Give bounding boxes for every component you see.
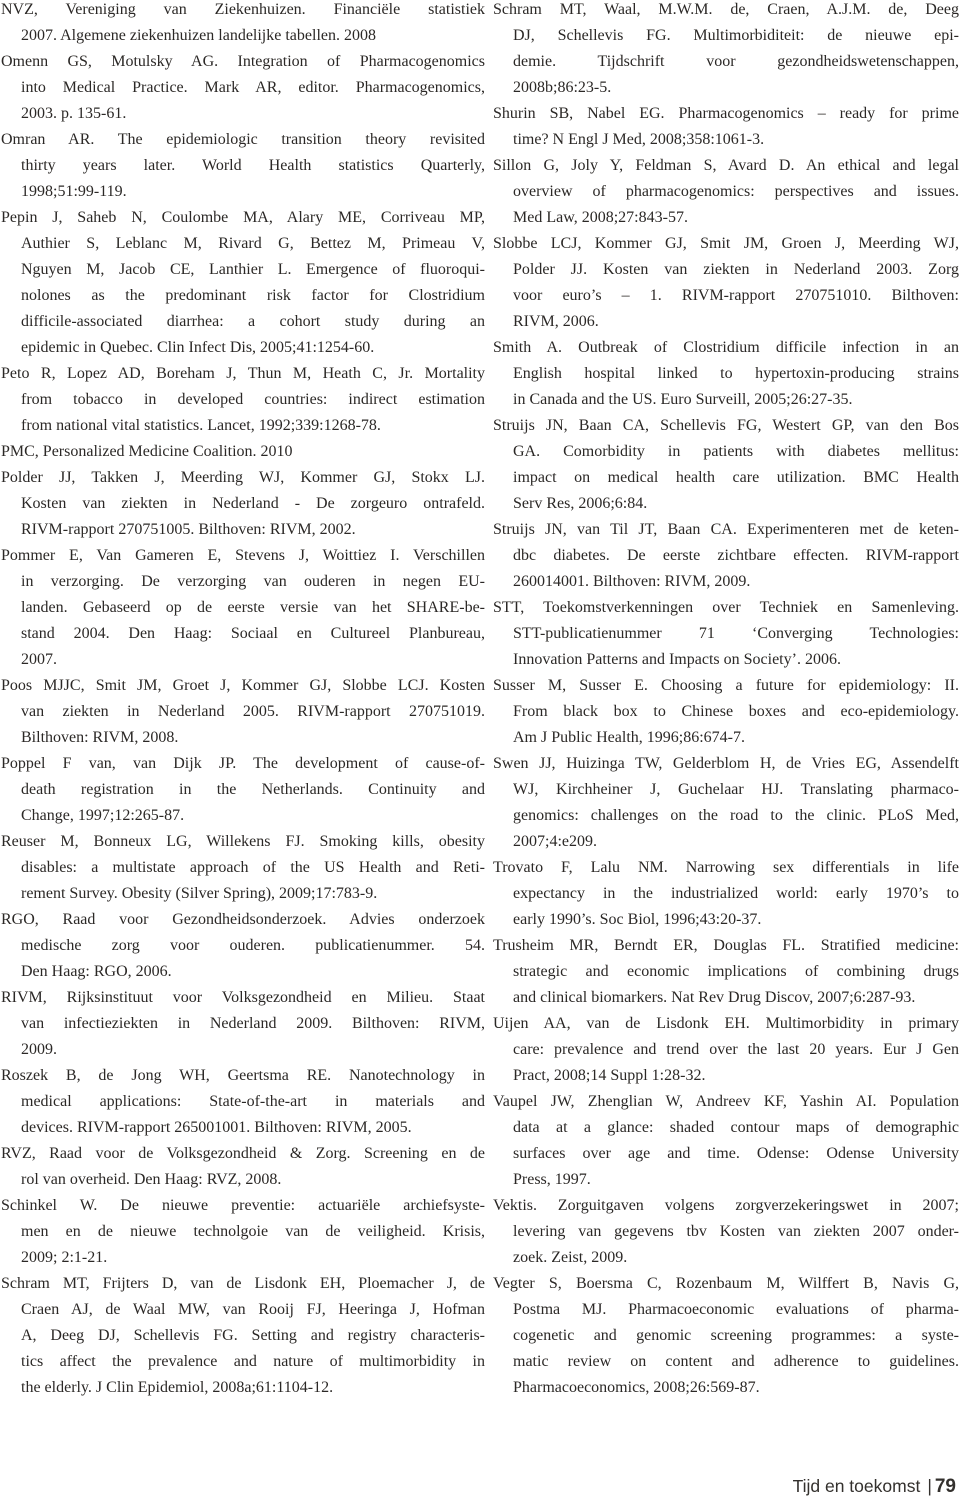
reference-line: Shurin SB, Nabel EG. Pharmacogenomics – … (493, 101, 959, 127)
reference-line: RIVM, 2006. (493, 309, 959, 335)
reference-line: English hospital linked to hypertoxin-pr… (493, 361, 959, 387)
reference-line: into Medical Practice. Mark AR, editor. … (1, 75, 485, 101)
reference-entry: Schinkel W. De nieuwe preventie: actuari… (1, 1193, 485, 1271)
reference-entry: Susser M, Susser E. Choosing a future fo… (493, 673, 959, 751)
reference-line: DJ, Schellevis FG. Multimorbiditeit: de … (493, 23, 959, 49)
reference-line: Craen AJ, de Waal MW, van Rooij FJ, Heer… (1, 1297, 485, 1323)
reference-line: thirty years later. World Health statist… (1, 153, 485, 179)
reference-line: Den Haag: RGO, 2006. (1, 959, 485, 985)
reference-line: rement Survey. Obesity (Silver Spring), … (1, 881, 485, 907)
reference-line: expectancy in the industrialized world: … (493, 881, 959, 907)
reference-line: in Canada and the US. Euro Surveill, 200… (493, 387, 959, 413)
reference-entry: PMC, Personalized Medicine Coalition. 20… (1, 439, 485, 465)
reference-line: From black box to Chinese boxes and eco-… (493, 699, 959, 725)
reference-line: Kosten van ziekten in Nederland - De zor… (1, 491, 485, 517)
reference-line: strategic and economic implications of c… (493, 959, 959, 985)
reference-line: cogenetic and genomic screening programm… (493, 1323, 959, 1349)
reference-line: in verzorging. De verzorging van ouderen… (1, 569, 485, 595)
footer: Tijd en toekomst | 79 (793, 1476, 956, 1498)
reference-entry: Struijs JN, van Til JT, Baan CA. Experim… (493, 517, 959, 595)
reference-line: early 1990’s. Soc Biol, 1996;43:20-37. (493, 907, 959, 933)
reference-line: Pharmacoeconomics, 2008;26:569-87. (493, 1375, 959, 1401)
reference-line: RVZ, Raad voor de Volksgezondheid & Zorg… (1, 1141, 485, 1167)
reference-entry: Sillon G, Joly Y, Feldman S, Avard D. An… (493, 153, 959, 231)
reference-line: RGO, Raad voor Gezondheidsonderzoek. Adv… (1, 907, 485, 933)
reference-entry: RVZ, Raad voor de Volksgezondheid & Zorg… (1, 1141, 485, 1193)
reference-line: levering van gegevens tbv Kosten van zie… (493, 1219, 959, 1245)
reference-entry: Reuser M, Bonneux LG, Willekens FJ. Smok… (1, 829, 485, 907)
reference-entry: Schram MT, Waal, M.W.M. de, Craen, A.J.M… (493, 0, 959, 101)
reference-line: 260014001. Bilthoven: RIVM, 2009. (493, 569, 959, 595)
reference-line: tics affect the prevalence and nature of… (1, 1349, 485, 1375)
document-page: NVZ, Vereniging van Ziekenhuizen. Financ… (0, 0, 960, 1504)
reference-line: Schram MT, Frijters D, van de Lisdonk EH… (1, 1271, 485, 1297)
reference-line: impact on medical health care utilizatio… (493, 465, 959, 491)
reference-line: Pommer E, Van Gameren E, Stevens J, Woit… (1, 543, 485, 569)
reference-entry: Uijen AA, van de Lisdonk EH. Multimorbid… (493, 1011, 959, 1089)
reference-line: 2007. Algemene ziekenhuizen landelijke t… (1, 23, 485, 49)
reference-line: Vaupel JW, Zhenglian W, Andreev KF, Yash… (493, 1089, 959, 1115)
reference-entry: RIVM, Rijksinstituut voor Volksgezondhei… (1, 985, 485, 1063)
reference-line: epidemic in Quebec. Clin Infect Dis, 200… (1, 335, 485, 361)
reference-line: surfaces over age and time. Odense: Oden… (493, 1141, 959, 1167)
references-column-right: Schram MT, Waal, M.W.M. de, Craen, A.J.M… (493, 0, 959, 1401)
reference-line: the elderly. J Clin Epidemiol, 2008a;61:… (1, 1375, 485, 1401)
reference-line: and clinical biomarkers. Nat Rev Drug Di… (493, 985, 959, 1011)
reference-entry: Trovato F, Lalu NM. Narrowing sex differ… (493, 855, 959, 933)
reference-entry: Schram MT, Frijters D, van de Lisdonk EH… (1, 1271, 485, 1401)
reference-line: 2009. (1, 1037, 485, 1063)
reference-line: Peto R, Lopez AD, Boreham J, Thun M, Hea… (1, 361, 485, 387)
reference-line: medical applications: State-of-the-art i… (1, 1089, 485, 1115)
reference-line: Innovation Patterns and Impacts on Socie… (493, 647, 959, 673)
reference-entry: RGO, Raad voor Gezondheidsonderzoek. Adv… (1, 907, 485, 985)
reference-entry: Vektis. Zorguitgaven volgens zorgverzeke… (493, 1193, 959, 1271)
reference-entry: Vegter S, Boersma C, Rozenbaum M, Wilffe… (493, 1271, 959, 1401)
reference-line: 1998;51:99-119. (1, 179, 485, 205)
reference-line: STT-publicatienummer 71 ‘Converging Tech… (493, 621, 959, 647)
reference-line: Swen JJ, Huizinga TW, Gelderblom H, de V… (493, 751, 959, 777)
reference-line: RIVM, Rijksinstituut voor Volksgezondhei… (1, 985, 485, 1011)
reference-line: from tobacco in developed countries: ind… (1, 387, 485, 413)
reference-line: RIVM-rapport 270751005. Bilthoven: RIVM,… (1, 517, 485, 543)
reference-line: nolones as the predominant risk factor f… (1, 283, 485, 309)
reference-line: 2007. (1, 647, 485, 673)
reference-entry: Shurin SB, Nabel EG. Pharmacogenomics – … (493, 101, 959, 153)
reference-line: time? N Engl J Med, 2008;358:1061-3. (493, 127, 959, 153)
reference-line: voor euro’s – 1. RIVM-rapport 270751010.… (493, 283, 959, 309)
reference-line: van infectieziekten in Nederland 2009. B… (1, 1011, 485, 1037)
reference-entry: Roszek B, de Jong WH, Geertsma RE. Nanot… (1, 1063, 485, 1141)
reference-entry: Omenn GS, Motulsky AG. Integration of Ph… (1, 49, 485, 127)
footer-book-title: Tijd en toekomst (793, 1476, 921, 1497)
reference-line: Poos MJJC, Smit JM, Groet J, Kommer GJ, … (1, 673, 485, 699)
reference-line: STT, Toekomstverkenningen over Techniek … (493, 595, 959, 621)
reference-line: Trusheim MR, Berndt ER, Douglas FL. Stra… (493, 933, 959, 959)
reference-line: Uijen AA, van de Lisdonk EH. Multimorbid… (493, 1011, 959, 1037)
reference-line: difficile-associated diarrhea: a cohort … (1, 309, 485, 335)
reference-entry: Slobbe LCJ, Kommer GJ, Smit JM, Groen J,… (493, 231, 959, 335)
reference-line: NVZ, Vereniging van Ziekenhuizen. Financ… (1, 0, 485, 23)
reference-entry: Swen JJ, Huizinga TW, Gelderblom H, de V… (493, 751, 959, 855)
reference-line: genomics: challenges on the road to the … (493, 803, 959, 829)
reference-line: Sillon G, Joly Y, Feldman S, Avard D. An… (493, 153, 959, 179)
reference-line: Vektis. Zorguitgaven volgens zorgverzeke… (493, 1193, 959, 1219)
reference-line: death registration in the Netherlands. C… (1, 777, 485, 803)
reference-line: Trovato F, Lalu NM. Narrowing sex differ… (493, 855, 959, 881)
reference-entry: Vaupel JW, Zhenglian W, Andreev KF, Yash… (493, 1089, 959, 1193)
reference-line: A, Deeg DJ, Schellevis FG. Setting and r… (1, 1323, 485, 1349)
reference-line: disables: a multistate approach of the U… (1, 855, 485, 881)
reference-line: 2009; 2:1-21. (1, 1245, 485, 1271)
reference-line: men en de nieuwe technolgoie van de veil… (1, 1219, 485, 1245)
reference-line: WJ, Kirchheiner J, Guchelaar HJ. Transla… (493, 777, 959, 803)
reference-line: devices. RIVM-rapport 265001001. Bilthov… (1, 1115, 485, 1141)
reference-line: overview of pharmacogenomics: perspectiv… (493, 179, 959, 205)
reference-line: Schram MT, Waal, M.W.M. de, Craen, A.J.M… (493, 0, 959, 23)
footer-separator: | (927, 1476, 932, 1497)
reference-entry: Omran AR. The epidemiologic transition t… (1, 127, 485, 205)
reference-line: Polder JJ. Kosten van ziekten in Nederla… (493, 257, 959, 283)
reference-line: Smith A. Outbreak of Clostridium diffici… (493, 335, 959, 361)
reference-line: Serv Res, 2006;6:84. (493, 491, 959, 517)
reference-entry: Peto R, Lopez AD, Boreham J, Thun M, Hea… (1, 361, 485, 439)
reference-line: Omran AR. The epidemiologic transition t… (1, 127, 485, 153)
reference-line: stand 2004. Den Haag: Sociaal en Culture… (1, 621, 485, 647)
reference-line: Polder JJ, Takken J, Meerding WJ, Kommer… (1, 465, 485, 491)
reference-line: dbc diabetes. De eerste zichtbare effect… (493, 543, 959, 569)
reference-line: Bilthoven: RIVM, 2008. (1, 725, 485, 751)
reference-line: Pepin J, Saheb N, Coulombe MA, Alary ME,… (1, 205, 485, 231)
reference-line: Slobbe LCJ, Kommer GJ, Smit JM, Groen J,… (493, 231, 959, 257)
reference-entry: Polder JJ, Takken J, Meerding WJ, Kommer… (1, 465, 485, 543)
reference-line: Nguyen M, Jacob CE, Lanthier L. Emergenc… (1, 257, 485, 283)
reference-line: Roszek B, de Jong WH, Geertsma RE. Nanot… (1, 1063, 485, 1089)
reference-line: 2003. p. 135-61. (1, 101, 485, 127)
reference-line: Med Law, 2008;27:843-57. (493, 205, 959, 231)
reference-line: van ziekten in Nederland 2005. RIVM-rapp… (1, 699, 485, 725)
references-columns: NVZ, Vereniging van Ziekenhuizen. Financ… (1, 0, 959, 1401)
reference-line: GA. Comorbidity in patients with diabete… (493, 439, 959, 465)
reference-line: PMC, Personalized Medicine Coalition. 20… (1, 439, 485, 465)
reference-line: 2007;4:e209. (493, 829, 959, 855)
reference-line: Susser M, Susser E. Choosing a future fo… (493, 673, 959, 699)
reference-line: Schinkel W. De nieuwe preventie: actuari… (1, 1193, 485, 1219)
reference-entry: NVZ, Vereniging van Ziekenhuizen. Financ… (1, 0, 485, 49)
reference-line: landen. Gebaseerd op de eerste versie va… (1, 595, 485, 621)
reference-line: data at a glance: shaded contour maps of… (493, 1115, 959, 1141)
reference-entry: Pommer E, Van Gameren E, Stevens J, Woit… (1, 543, 485, 673)
references-column-left: NVZ, Vereniging van Ziekenhuizen. Financ… (1, 0, 493, 1401)
reference-line: Press, 1997. (493, 1167, 959, 1193)
reference-entry: Poos MJJC, Smit JM, Groet J, Kommer GJ, … (1, 673, 485, 751)
reference-line: Am J Public Health, 1996;86:674-7. (493, 725, 959, 751)
reference-line: zoek. Zeist, 2009. (493, 1245, 959, 1271)
reference-line: Struijs JN, Baan CA, Schellevis FG, West… (493, 413, 959, 439)
reference-line: Authier S, Leblanc M, Rivard G, Bettez M… (1, 231, 485, 257)
reference-line: rol van overheid. Den Haag: RVZ, 2008. (1, 1167, 485, 1193)
reference-entry: Struijs JN, Baan CA, Schellevis FG, West… (493, 413, 959, 517)
reference-entry: Pepin J, Saheb N, Coulombe MA, Alary ME,… (1, 205, 485, 361)
reference-line: Poppel F van, van Dijk JP. The developme… (1, 751, 485, 777)
reference-line: Postma MJ. Pharmacoeconomic evaluations … (493, 1297, 959, 1323)
reference-line: Vegter S, Boersma C, Rozenbaum M, Wilffe… (493, 1271, 959, 1297)
reference-line: Struijs JN, van Til JT, Baan CA. Experim… (493, 517, 959, 543)
reference-line: Change, 1997;12:265-87. (1, 803, 485, 829)
reference-line: demie. Tijdschrift voor gezondheidsweten… (493, 49, 959, 75)
reference-line: medische zorg voor ouderen. publicatienu… (1, 933, 485, 959)
reference-entry: Poppel F van, van Dijk JP. The developme… (1, 751, 485, 829)
footer-page-number: 79 (935, 1476, 956, 1498)
reference-line: matic review on content and adherence to… (493, 1349, 959, 1375)
reference-line: Pract, 2008;14 Suppl 1:28-32. (493, 1063, 959, 1089)
reference-line: 2008b;86:23-5. (493, 75, 959, 101)
reference-entry: Trusheim MR, Berndt ER, Douglas FL. Stra… (493, 933, 959, 1011)
reference-entry: Smith A. Outbreak of Clostridium diffici… (493, 335, 959, 413)
reference-line: Reuser M, Bonneux LG, Willekens FJ. Smok… (1, 829, 485, 855)
reference-line: Omenn GS, Motulsky AG. Integration of Ph… (1, 49, 485, 75)
reference-line: care: prevalence and trend over the last… (493, 1037, 959, 1063)
reference-entry: STT, Toekomstverkenningen over Techniek … (493, 595, 959, 673)
reference-line: from national vital statistics. Lancet, … (1, 413, 485, 439)
